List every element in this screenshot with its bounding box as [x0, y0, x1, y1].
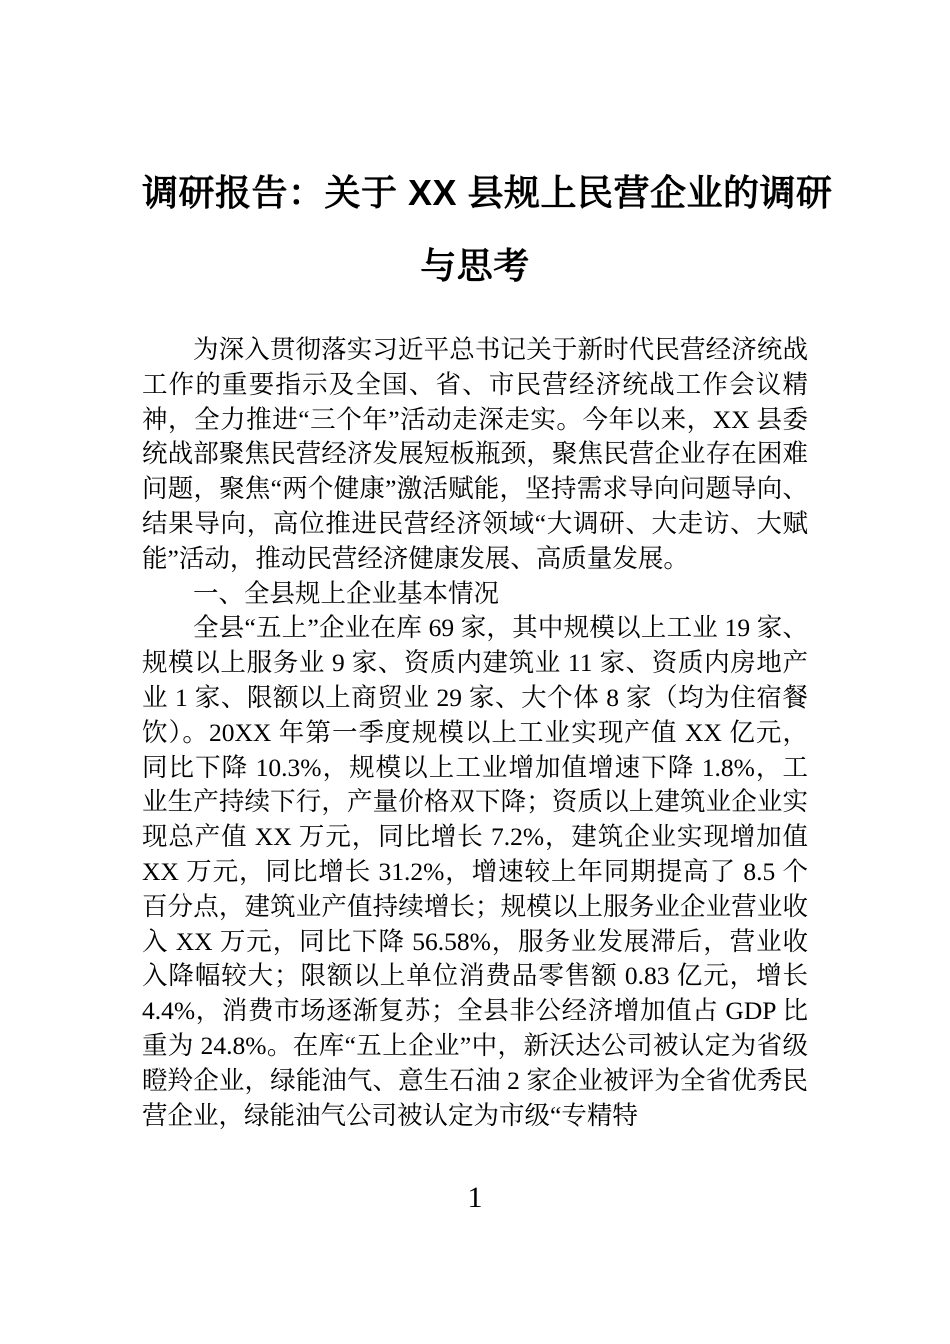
page-footer: 1	[0, 1181, 950, 1215]
document-title: 调研报告：关于 XX 县规上民营企业的调研 与思考	[142, 156, 808, 302]
document-body: 为深入贯彻落实习近平总书记关于新时代民营经济统战工作的重要指示及全国、省、市民营…	[142, 333, 808, 1133]
paragraph-section-1: 全县“五上”企业在库 69 家，其中规模以上工业 19 家、规模以上服务业 9 …	[142, 611, 808, 1133]
title-line-2: 与思考	[142, 229, 808, 302]
page-number: 1	[468, 1181, 483, 1214]
section-heading-1: 一、全县规上企业基本情况	[142, 577, 808, 612]
document-page: 调研报告：关于 XX 县规上民营企业的调研 与思考 为深入贯彻落实习近平总书记关…	[0, 0, 950, 1344]
title-line-1: 调研报告：关于 XX 县规上民营企业的调研	[142, 156, 808, 229]
paragraph-intro: 为深入贯彻落实习近平总书记关于新时代民营经济统战工作的重要指示及全国、省、市民营…	[142, 333, 808, 577]
